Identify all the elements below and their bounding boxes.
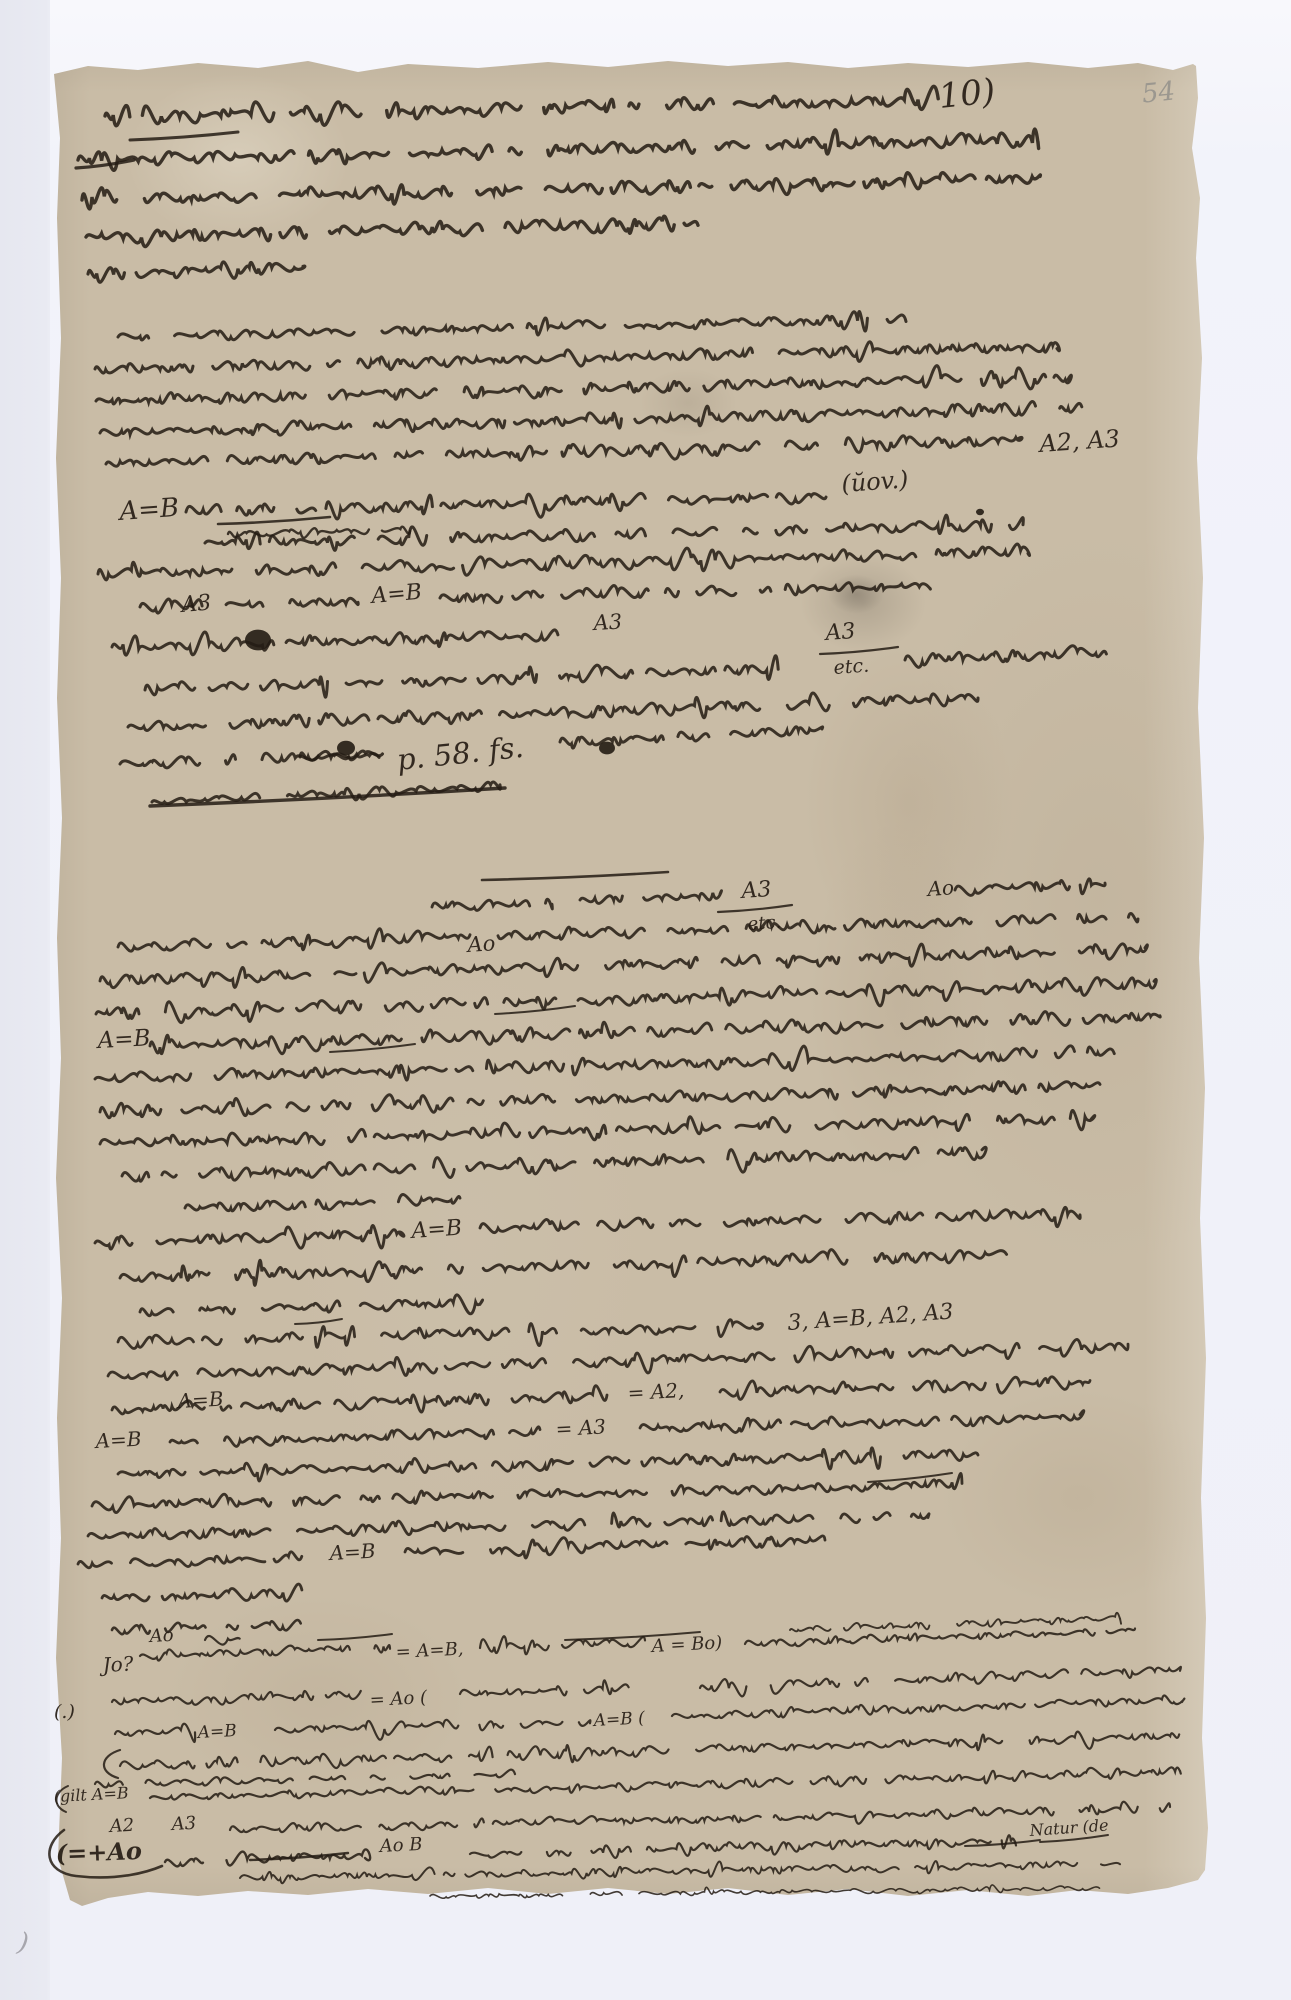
handwriting-line xyxy=(122,1147,986,1181)
legible-token: Ao xyxy=(925,875,955,901)
legible-token: 3, A=B, A2, A3 xyxy=(787,1299,955,1336)
handwriting-line xyxy=(118,1448,978,1481)
handwriting-line xyxy=(78,1552,318,1568)
ink-blot xyxy=(245,630,271,651)
legible-token: A=B ( xyxy=(591,1708,645,1731)
legible-token: A3 xyxy=(591,610,623,636)
handwriting-line xyxy=(120,1250,1020,1286)
handwriting-line xyxy=(432,899,552,910)
legible-token: Ao B xyxy=(377,1834,423,1857)
handwriting-line xyxy=(86,216,698,246)
handwriting-line xyxy=(105,86,938,125)
handwriting-line xyxy=(100,1110,1095,1145)
legible-token: A=B xyxy=(175,1387,224,1413)
handwriting-line xyxy=(112,630,572,655)
ink-blot xyxy=(337,741,355,755)
legible-token: A=B xyxy=(93,1427,142,1453)
handwriting-line xyxy=(170,1427,540,1447)
handwriting-line xyxy=(470,1835,1016,1858)
handwriting-line xyxy=(106,436,1022,466)
legible-token: A3 xyxy=(739,877,773,904)
handwriting-line xyxy=(672,1695,1184,1718)
ink-rule xyxy=(718,905,792,912)
handwriting-line xyxy=(118,913,1138,951)
handwriting-line xyxy=(98,544,1030,580)
handwriting-line xyxy=(205,1636,265,1645)
legible-token: etc. xyxy=(833,655,870,679)
ink-flourish xyxy=(104,1750,120,1778)
handwriting-line xyxy=(120,1732,1179,1769)
handwriting-line xyxy=(460,1680,635,1695)
legible-token: (=+Ao xyxy=(55,1836,142,1868)
handwriting-line xyxy=(128,693,978,730)
handwriting-line xyxy=(100,1082,1100,1118)
handwriting-line xyxy=(480,1636,645,1654)
handwriting-line xyxy=(96,978,1156,1023)
handwriting-line xyxy=(165,1849,370,1866)
handwriting-layer: 10)A2, A3A=B(ŭov.)A3A=BA3A3etc.p. 58. fs… xyxy=(0,0,1291,2000)
handwriting-line xyxy=(580,891,722,904)
legible-token: A=B xyxy=(195,1721,237,1743)
ink-blot xyxy=(976,509,984,515)
legible-token: (gilt A=B xyxy=(53,1783,129,1806)
handwriting-line xyxy=(118,1320,762,1349)
handwriting-line xyxy=(240,1861,1120,1883)
legible-token: p. 58. fs. xyxy=(395,730,525,777)
handwriting-line xyxy=(720,1377,1090,1400)
handwriting-line xyxy=(140,1645,390,1660)
legible-token: Jo? xyxy=(98,1651,134,1677)
handwriting-line xyxy=(185,1194,460,1210)
legible-token: A3 xyxy=(178,590,212,618)
handwriting-line xyxy=(100,944,1147,988)
handwriting-line xyxy=(78,129,1039,170)
ink-blot xyxy=(599,742,615,755)
handwriting-line xyxy=(140,1295,483,1316)
page-number-pencil: 54 xyxy=(1141,76,1177,109)
handwriting-line xyxy=(186,493,826,519)
legible-token: A=B xyxy=(327,1539,376,1565)
handwriting-line xyxy=(108,1339,1128,1379)
legible-token: (.) xyxy=(54,1701,75,1723)
handwriting-line xyxy=(790,1613,1121,1631)
handwriting-line xyxy=(95,1046,1134,1082)
legible-token: A2 xyxy=(107,1815,135,1837)
handwriting-line xyxy=(140,598,358,613)
handwriting-line xyxy=(275,1720,590,1740)
legible-token: A2, A3 xyxy=(1036,424,1120,458)
handwriting-line xyxy=(92,1473,962,1512)
handwriting-line xyxy=(88,1512,929,1539)
handwriting-line xyxy=(145,656,785,697)
ink-rule xyxy=(318,1634,392,1640)
handwriting-line xyxy=(560,727,823,748)
legible-token: Ao xyxy=(147,1625,174,1647)
legible-token: = A2, xyxy=(627,1378,685,1405)
handwriting-line xyxy=(95,1770,515,1788)
handwriting-line xyxy=(700,1667,1181,1696)
handwriting-line xyxy=(118,312,906,340)
legible-token: 10) xyxy=(937,71,997,117)
handwriting-line xyxy=(102,1584,302,1601)
ink-rule xyxy=(495,1006,575,1014)
handwriting-line xyxy=(95,342,1059,373)
handwriting-line xyxy=(430,1885,1120,1898)
handwriting-line xyxy=(88,262,305,282)
handwriting-line xyxy=(112,1620,301,1634)
handwriting-line xyxy=(115,1724,195,1742)
legible-token: Ao xyxy=(465,931,496,957)
ink-rule xyxy=(820,647,898,654)
handwriting-line xyxy=(745,1629,1135,1647)
handwriting-line xyxy=(96,366,1071,404)
handwriting-line xyxy=(405,1536,825,1558)
handwriting-line xyxy=(905,646,1115,668)
legible-token: A=B xyxy=(116,493,180,527)
handwriting-line xyxy=(640,1411,1084,1433)
ink-rule xyxy=(482,872,668,880)
handwriting-line xyxy=(150,1012,1160,1054)
legible-token: A=B xyxy=(368,580,422,609)
legible-token: = A=B, xyxy=(395,1638,464,1663)
handwriting-line xyxy=(150,1767,1181,1799)
handwriting-line xyxy=(480,1207,1080,1232)
legible-token: A = Bo) xyxy=(649,1632,723,1657)
handwriting-line xyxy=(112,1691,361,1705)
legible-token: A=B xyxy=(409,1216,463,1245)
ink-rule xyxy=(130,132,238,140)
handwriting-line xyxy=(82,173,1040,209)
legible-token: A3 xyxy=(823,619,857,646)
legible-token: = Ao ( xyxy=(369,1687,428,1711)
legible-token: A3 xyxy=(169,1813,197,1835)
scanned-manuscript-screenshot: { "page": { "description_label": "handwr… xyxy=(0,0,1291,2000)
handwriting-line xyxy=(95,1225,404,1249)
ink-rule xyxy=(150,788,505,806)
legible-token: = A3 xyxy=(555,1414,606,1441)
handwriting-line xyxy=(100,402,1108,436)
handwriting-line xyxy=(440,583,930,603)
legible-token: (ŭov.) xyxy=(840,465,909,498)
ink-rule xyxy=(295,1319,342,1324)
ink-rule xyxy=(218,517,330,524)
legible-token: A=B xyxy=(95,1025,151,1054)
handwriting-line xyxy=(955,879,1105,896)
legible-token: etc. xyxy=(747,912,782,935)
